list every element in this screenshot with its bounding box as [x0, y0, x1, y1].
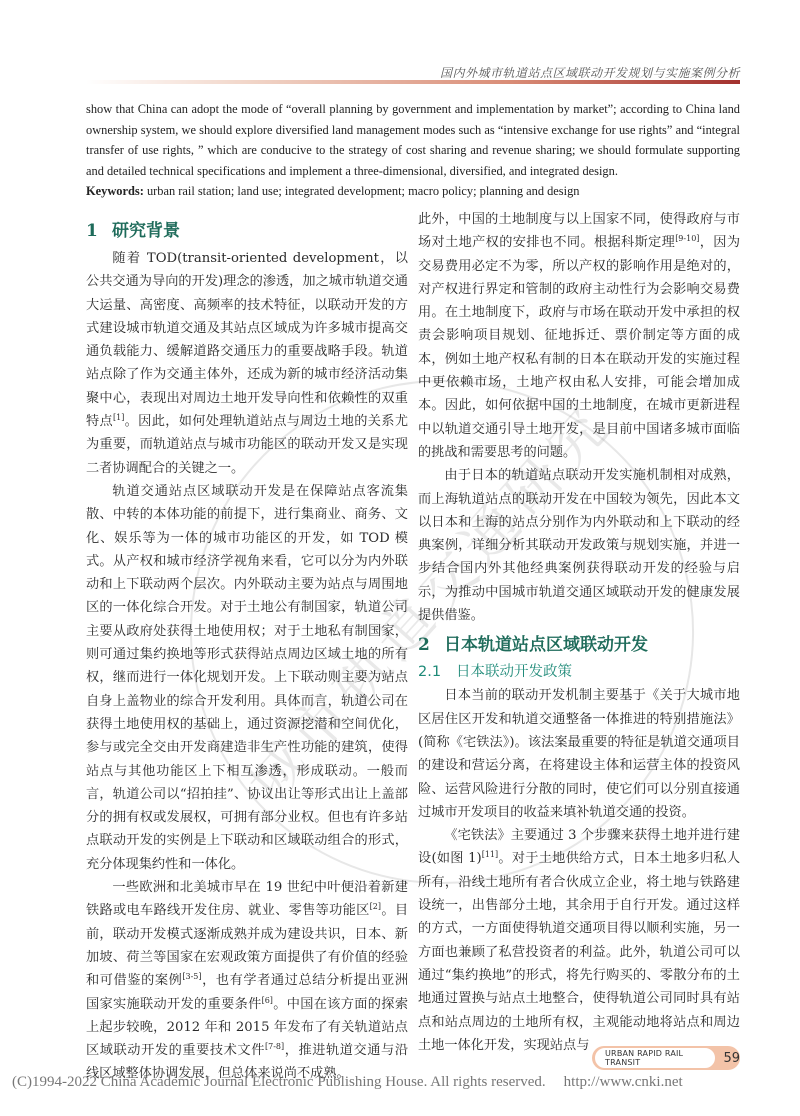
citation[interactable]: [11] [482, 850, 498, 859]
left-column: 1研究背景 随着 TOD(transit-oriented developmen… [86, 213, 408, 1086]
paragraph: 此外，中国的土地制度与以上国家不同，使得政府与市场对土地产权的安排也不同。根据科… [418, 208, 740, 464]
copyright-line: (C)1994-2022 China Academic Journal Elec… [12, 1074, 772, 1091]
running-header-title: 国内外城市轨道站点区域联动开发规划与实施案例分析 [440, 64, 740, 81]
right-column: 此外，中国的土地制度与以上国家不同，使得政府与市场对土地产权的安排也不同。根据科… [418, 208, 740, 1057]
paragraph: 《宅铁法》主要通过 3 个步骤来获得土地并进行建设(如图 1)[11]。对于土地… [418, 824, 740, 1057]
journal-name: URBAN RAPID RAIL TRANSIT [594, 1047, 716, 1069]
abstract: show that China can adopt the mode of “o… [86, 99, 740, 202]
section-2-heading: 2日本轨道站点区域联动开发 [418, 633, 740, 657]
citation[interactable]: [1] [113, 413, 124, 422]
keywords: Keywords: urban rail station; land use; … [86, 181, 740, 202]
section-number: 1 [86, 219, 112, 243]
section-title: 研究背景 [112, 221, 180, 241]
keywords-list: urban rail station; land use; integrated… [147, 184, 580, 198]
paragraph: 日本当前的联动开发机制主要基于《关于大城市地区居住区开发和轨道交通整备一体推进的… [418, 684, 740, 824]
page-number: 59 [723, 1051, 740, 1066]
section-number: 2 [418, 633, 444, 657]
section-title: 日本轨道站点区域联动开发 [444, 635, 648, 655]
keywords-label: Keywords: [86, 184, 144, 198]
citation[interactable]: [3-5] [182, 972, 201, 981]
journal-badge: URBAN RAPID RAIL TRANSIT 59 [592, 1046, 740, 1070]
subsection-number: 2.1 [418, 661, 456, 683]
subsection-title: 日本联动开发政策 [456, 664, 572, 680]
cnki-link[interactable]: http://www.cnki.net [564, 1074, 683, 1090]
copyright-text: (C)1994-2022 China Academic Journal Elec… [12, 1074, 546, 1090]
paragraph: 一些欧洲和北美城市早在 19 世纪中叶便沿着新建铁路或电车路线开发住房、就业、零… [86, 876, 408, 1086]
abstract-text: show that China can adopt the mode of “o… [86, 99, 740, 181]
citation[interactable]: [7-8] [265, 1042, 284, 1051]
citation[interactable]: [9-10] [675, 234, 699, 243]
header-rule [86, 80, 740, 84]
subsection-2-1-heading: 2.1日本联动开发政策 [418, 661, 740, 683]
citation[interactable]: [6] [262, 996, 273, 1005]
citation[interactable]: [2] [370, 902, 381, 911]
paragraph: 由于日本的轨道站点联动开发实施机制相对成熟，而上海轨道站点的联动开发在中国较为领… [418, 464, 740, 627]
paragraph: 轨道交通站点区域联动开发是在保障站点客流集散、中转的本体功能的前提下，进行集商业… [86, 480, 408, 876]
section-1-heading: 1研究背景 [86, 219, 408, 243]
paragraph: 随着 TOD(transit-oriented development，以公共交… [86, 247, 408, 480]
